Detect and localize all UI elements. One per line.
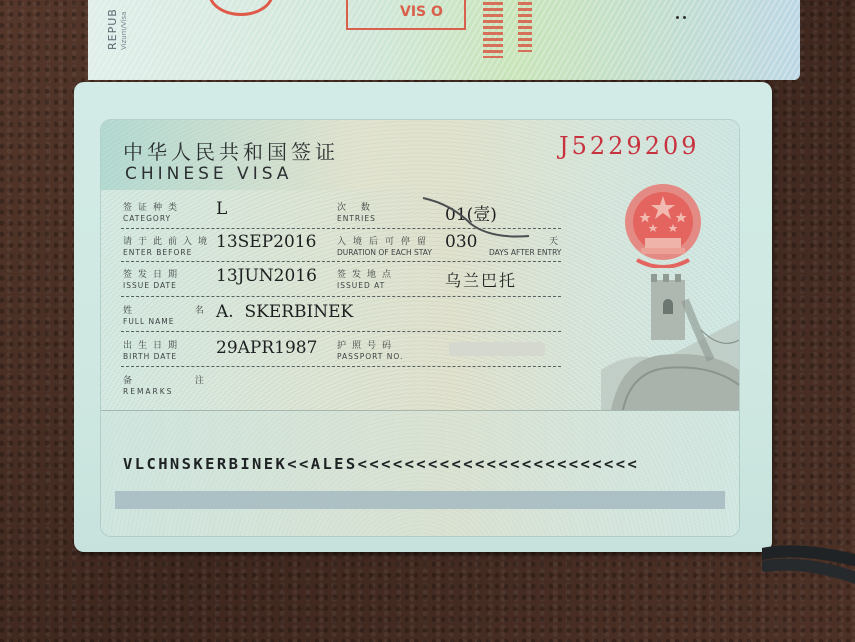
divider bbox=[121, 331, 561, 332]
divider bbox=[121, 366, 561, 367]
upper-passport-page: REPUB Vizum/Visa VIS O bbox=[88, 0, 800, 80]
upper-vizum-text: Vizum/Visa bbox=[120, 0, 128, 50]
visa-sticker: 中华人民共和国签证 CHINESE VISA J5229209 签证种类 CAT… bbox=[101, 120, 739, 536]
upper-republic-text: REPUB bbox=[106, 0, 119, 50]
category-value: L bbox=[216, 199, 227, 219]
passport-no-label: 护照号码 PASSPORT NO. bbox=[337, 338, 403, 361]
entries-label: 次 数 ENTRIES bbox=[337, 200, 376, 223]
enter-before-value: 13SEP2016 bbox=[216, 232, 316, 252]
remarks-label: 备 注 REMARKS bbox=[123, 373, 234, 396]
rectangular-stamp: VIS O bbox=[346, 0, 466, 30]
issue-date-label: 签发日期 ISSUE DATE bbox=[123, 267, 183, 290]
enter-before-label: 请于此前入境 ENTER BEFORE bbox=[123, 234, 213, 257]
passport-no-redacted bbox=[449, 342, 545, 356]
red-stamp-mark bbox=[483, 2, 503, 58]
duration-label: 入境后可停留 DURATION OF EACH STAY bbox=[337, 234, 433, 257]
mrz-line-1: VLCHNSKERBINEK<<ALES<<<<<<<<<<<<<<<<<<<<… bbox=[123, 455, 639, 473]
stamp-text: VIS O bbox=[400, 4, 443, 20]
national-emblem-icon bbox=[619, 182, 707, 268]
issued-at-value: 乌兰巴托 bbox=[445, 268, 517, 291]
mrz-line-2-redacted bbox=[115, 491, 725, 509]
divider bbox=[121, 261, 561, 262]
red-stamp-mark bbox=[518, 2, 532, 52]
ink-stroke-mark bbox=[421, 194, 531, 244]
great-wall-illustration bbox=[601, 260, 739, 410]
birth-date-label: 出生日期 BIRTH DATE bbox=[123, 338, 183, 361]
black-cord bbox=[762, 540, 855, 600]
visa-title-en: CHINESE VISA bbox=[125, 164, 292, 184]
divider bbox=[121, 296, 561, 297]
machine-readable-zone: VLCHNSKERBINEK<<ALES<<<<<<<<<<<<<<<<<<<<… bbox=[101, 410, 739, 536]
perforation-dots bbox=[676, 16, 688, 20]
birth-date-value: 29APR1987 bbox=[216, 338, 317, 358]
category-label: 签证种类 CATEGORY bbox=[123, 200, 183, 223]
issued-at-label: 签发地点 ISSUED AT bbox=[337, 267, 397, 290]
visa-number: J5229209 bbox=[559, 132, 700, 160]
visa-title-cn: 中华人民共和国签证 bbox=[123, 136, 339, 165]
issue-date-value: 13JUN2016 bbox=[216, 266, 317, 286]
full-name-value: A. SKERBINEK bbox=[216, 302, 353, 322]
